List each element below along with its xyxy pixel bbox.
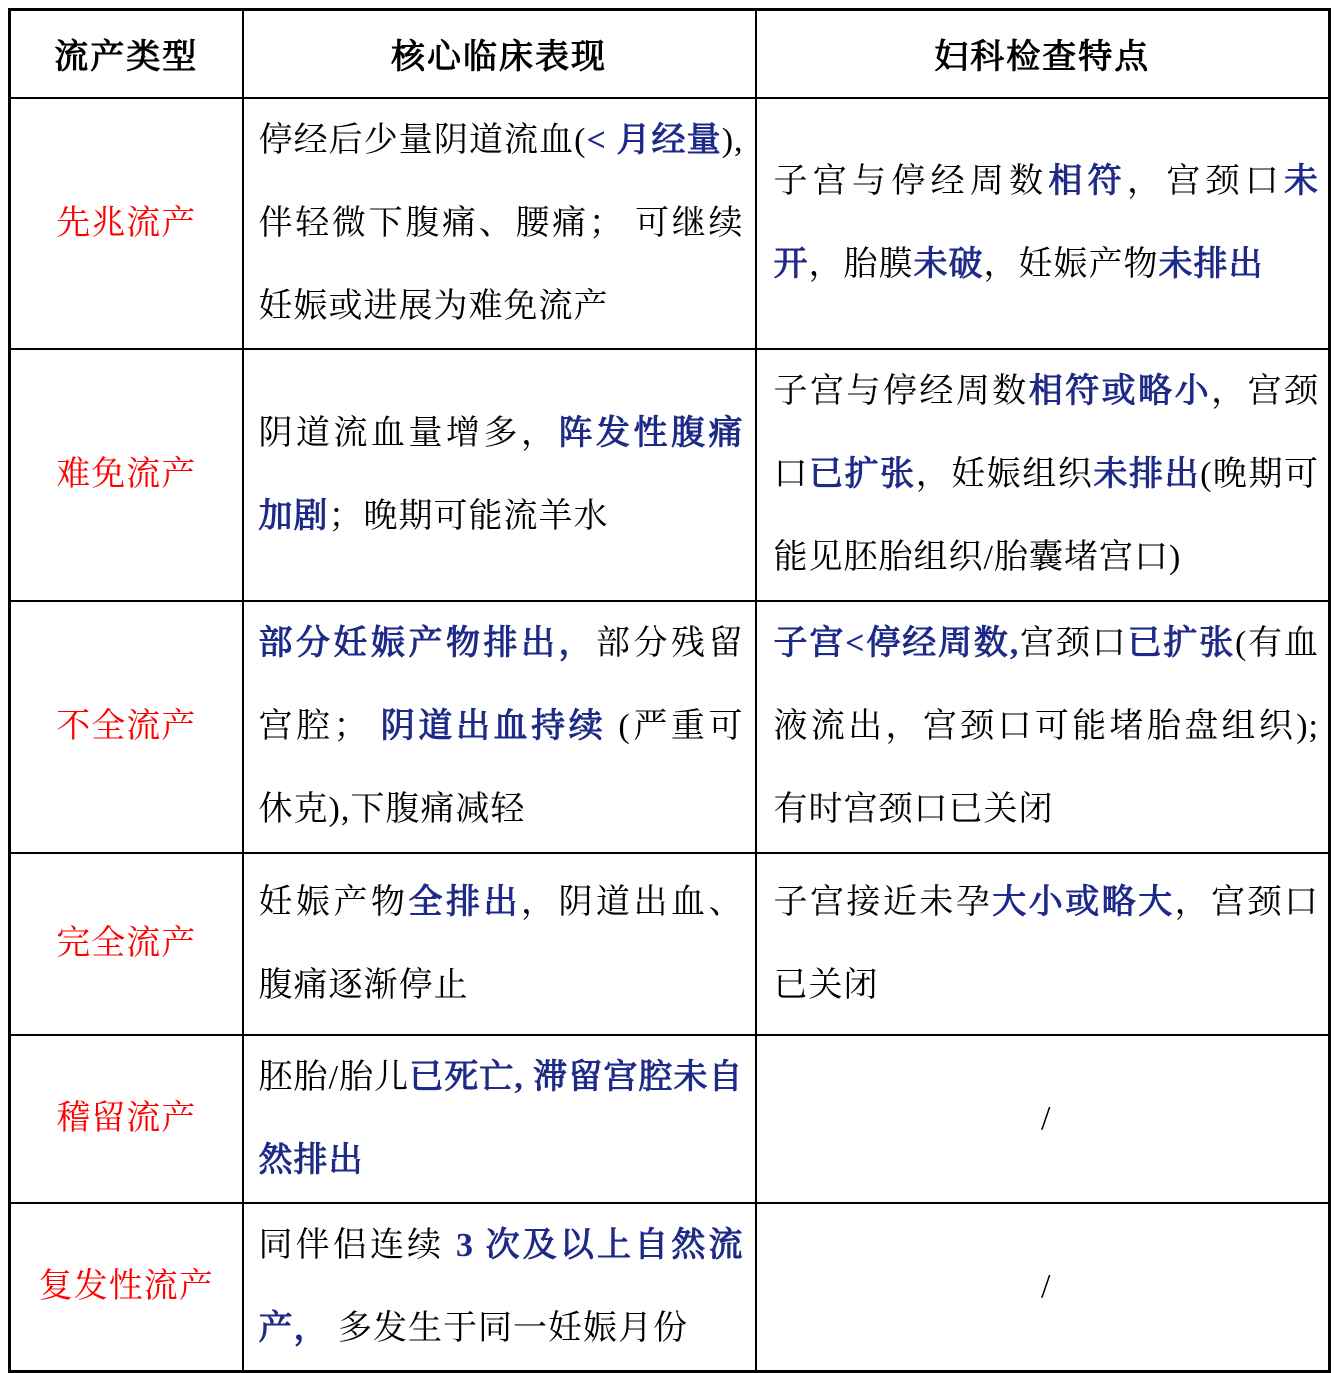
text-run: 已扩张 — [1128, 625, 1236, 662]
exam-cell: 子宫与停经周数相符或略小，宫颈口已扩张，妊娠组织未排出(晚期可能见胚胎组织/胎囊… — [756, 349, 1330, 601]
abortion-type-label: 完全流产 — [10, 853, 243, 1035]
table-row-2: 难免流产阴道流血量增多，阵发性腹痛加剧；晚期可能流羊水子宫与停经周数相符或略小，… — [10, 349, 1330, 601]
text-run: 停经后少量阴道流血( — [259, 122, 587, 159]
text-run: 宫颈口 — [1019, 625, 1127, 662]
abortion-type-label: 先兆流产 — [10, 98, 243, 349]
column-header-clinical: 核心临床表现 — [243, 10, 756, 98]
text-run: 部分妊娠产物排出， — [259, 625, 597, 662]
text-run: 子宫与停经周数 — [774, 373, 1029, 410]
table-row-6: 复发性流产同伴侣连续 3 次及以上自然流产， 多发生于同一妊娠月份/ — [10, 1203, 1330, 1372]
column-header-exam: 妇科检查特点 — [756, 10, 1330, 98]
text-run: ，宫颈口 — [1127, 163, 1284, 200]
abortion-type-label: 复发性流产 — [10, 1203, 243, 1372]
text-run: < 月经量 — [587, 122, 722, 159]
table-row-1: 先兆流产停经后少量阴道流血(< 月经量),伴轻微下腹痛、腰痛； 可继续妊娠或进展… — [10, 98, 1330, 349]
clinical-cell: 同伴侣连续 3 次及以上自然流产， 多发生于同一妊娠月份 — [243, 1203, 756, 1372]
table-row-5: 稽留流产胚胎/胎儿已死亡, 滞留宫腔未自然排出/ — [10, 1035, 1330, 1203]
text-run: 多发生于同一妊娠月份 — [329, 1310, 689, 1347]
abortion-type-label: 不全流产 — [10, 601, 243, 853]
clinical-cell: 阴道流血量增多，阵发性腹痛加剧；晚期可能流羊水 — [243, 349, 756, 601]
exam-cell: / — [756, 1203, 1330, 1372]
text-run: 子宫接近未孕 — [774, 884, 993, 921]
text-run: 相符或略小 — [1029, 373, 1211, 410]
abortion-type-label: 稽留流产 — [10, 1035, 243, 1203]
text-run: 子宫<停经周数, — [774, 625, 1020, 662]
abortion-type-label: 难免流产 — [10, 349, 243, 601]
text-run: 阴道流血量增多， — [259, 415, 559, 452]
document-page: 流产类型 核心临床表现 妇科检查特点 先兆流产停经后少量阴道流血(< 月经量),… — [0, 0, 1336, 1364]
exam-cell: / — [756, 1035, 1330, 1203]
text-run: ，妊娠产物 — [984, 246, 1159, 283]
text-run: / — [1041, 1100, 1051, 1137]
table-row-4: 完全流产妊娠产物全排出，阴道出血、腹痛逐渐停止子宫接近未孕大小或略大，宫颈口已关… — [10, 853, 1330, 1035]
text-run: 未破 — [914, 246, 984, 283]
text-run: 胚胎/胎儿 — [259, 1059, 410, 1096]
clinical-cell: 胚胎/胎儿已死亡, 滞留宫腔未自然排出 — [243, 1035, 756, 1203]
clinical-cell: 部分妊娠产物排出，部分残留宫腔； 阴道出血持续 (严重可休克),下腹痛减轻 — [243, 601, 756, 853]
abortion-types-table: 流产类型 核心临床表现 妇科检查特点 先兆流产停经后少量阴道流血(< 月经量),… — [8, 8, 1331, 1373]
text-run: 全排出 — [409, 884, 522, 921]
text-run: 未排出 — [1159, 246, 1264, 283]
text-run: 大小或略大 — [992, 884, 1174, 921]
column-header-type: 流产类型 — [10, 10, 243, 98]
table-row-3: 不全流产部分妊娠产物排出，部分残留宫腔； 阴道出血持续 (严重可休克),下腹痛减… — [10, 601, 1330, 853]
text-run: 相符 — [1048, 163, 1127, 200]
text-run: / — [1041, 1268, 1051, 1305]
text-run: 子宫与停经周数 — [774, 163, 1049, 200]
text-run: 同伴侣连续 — [259, 1227, 456, 1264]
text-run: 已扩张 — [809, 456, 916, 493]
text-run: ，妊娠组织 — [916, 456, 1094, 493]
clinical-cell: 停经后少量阴道流血(< 月经量),伴轻微下腹痛、腰痛； 可继续妊娠或进展为难免流… — [243, 98, 756, 349]
exam-cell: 子宫接近未孕大小或略大，宫颈口已关闭 — [756, 853, 1330, 1035]
exam-cell: 子宫<停经周数,宫颈口已扩张(有血液流出，宫颈口可能堵胎盘组织);有时宫颈口已关… — [756, 601, 1330, 853]
text-run: 妊娠产物 — [259, 884, 409, 921]
text-run: 未排出 — [1093, 456, 1200, 493]
text-run: 阴道出血持续 — [381, 708, 607, 745]
text-run: ；晚期可能流羊水 — [329, 498, 609, 535]
table-body: 先兆流产停经后少量阴道流血(< 月经量),伴轻微下腹痛、腰痛； 可继续妊娠或进展… — [10, 98, 1330, 1372]
exam-cell: 子宫与停经周数相符，宫颈口未开，胎膜未破，妊娠产物未排出 — [756, 98, 1330, 349]
clinical-cell: 妊娠产物全排出，阴道出血、腹痛逐渐停止 — [243, 853, 756, 1035]
header-row: 流产类型 核心临床表现 妇科检查特点 — [10, 10, 1330, 98]
text-run: ，胎膜 — [809, 246, 914, 283]
